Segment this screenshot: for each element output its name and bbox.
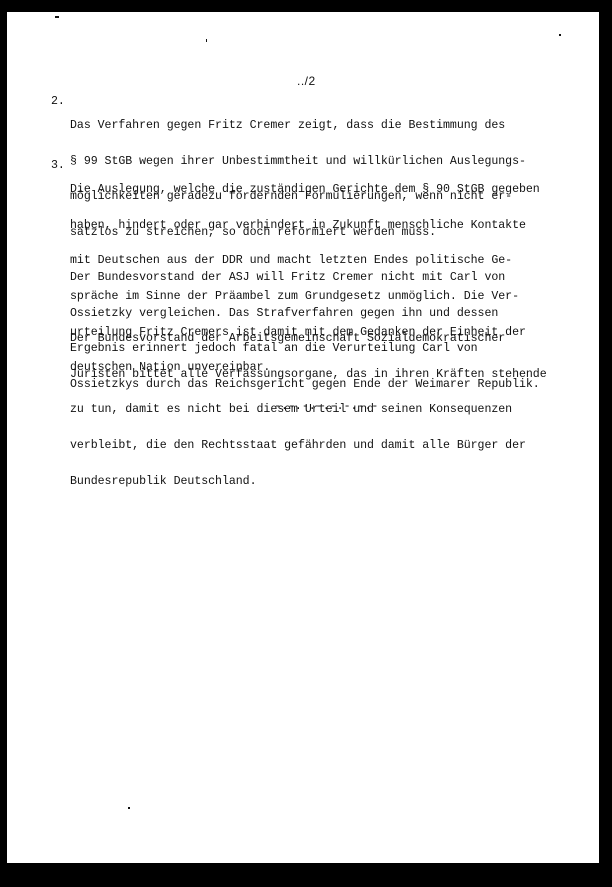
page-marker: ../2: [297, 74, 316, 88]
item-number: 3.: [51, 160, 65, 172]
scanned-page: ../2 2. Das Verfahren gegen Fritz Cremer…: [7, 12, 599, 863]
item-number: 2.: [51, 96, 65, 108]
text-line: haben, hindert oder gar verhindert in Zu…: [70, 220, 540, 232]
text-line: Juristen bittet alle Verfassungsorgane, …: [70, 369, 547, 381]
text-line: verbleibt, die den Rechtsstaat gefährden…: [70, 440, 547, 452]
text-line: Der Bundesvorstand der ASJ will Fritz Cr…: [70, 272, 540, 284]
end-divider: -.-.-.-.-.-.-.-: [274, 400, 378, 413]
text-line: Bundesrepublik Deutschland.: [70, 476, 547, 488]
text-line: Der Bundesvorstand der Arbeitsgemeinscha…: [70, 333, 547, 345]
text-line: Das Verfahren gegen Fritz Cremer zeigt, …: [70, 120, 526, 132]
text-line: Die Auslegung, welche die zuständigen Ge…: [70, 184, 540, 196]
numbered-item-3: 3. Die Auslegung, welche die zuständigen…: [51, 160, 571, 208]
document-body: ../2 2. Das Verfahren gegen Fritz Cremer…: [7, 12, 599, 863]
numbered-item-2: 2. Das Verfahren gegen Fritz Cremer zeig…: [51, 96, 571, 144]
